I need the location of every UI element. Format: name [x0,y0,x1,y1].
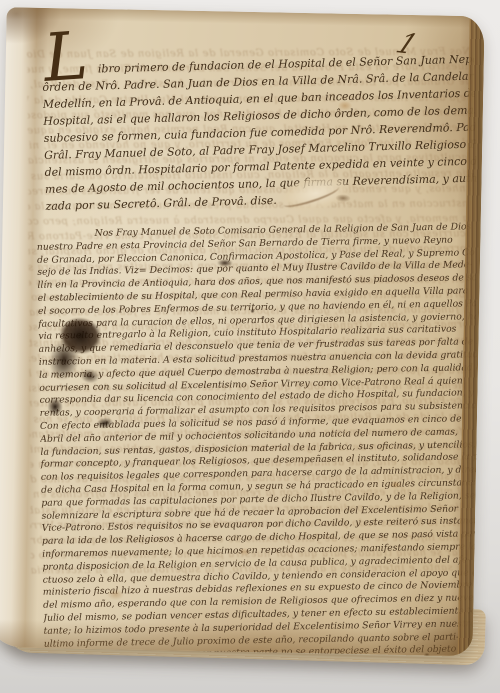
heading-text: ibro primero de fundacion de el Hospital… [42,51,478,215]
ink-speck [249,308,256,314]
ink-speck [260,315,266,320]
ink-blot-large [41,312,109,386]
body-text: Nos Fray Manuel de Soto Comisario Genera… [37,221,483,656]
ink-smear [214,256,236,269]
manuscript-photo: Nos Fray Manuel de Soto Comisario Genera… [0,0,500,693]
decorative-initial: L [42,23,90,92]
manuscript-page: Nos Fray Manuel de Soto Comisario Genera… [0,7,485,656]
ink-blot-small [43,393,68,420]
